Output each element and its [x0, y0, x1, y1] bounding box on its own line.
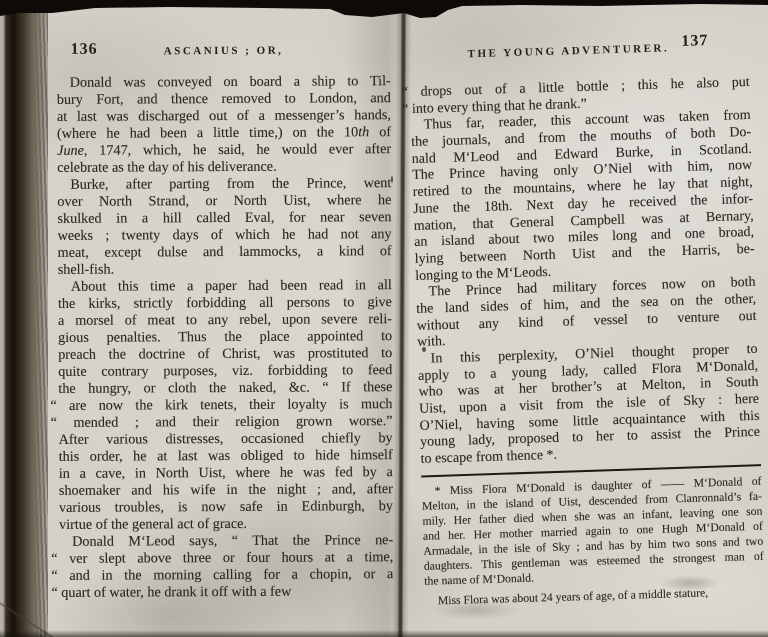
text-line: in a cave, in North Uist, where he was f…: [59, 464, 393, 483]
text-line: “ are now the kirk tenets, their loyalty…: [58, 396, 392, 415]
text-line: various troubles, is now safe in Edinbur…: [59, 498, 393, 517]
right-running-title: THE YOUNG ADVENTURER.: [468, 42, 670, 60]
footnote-body: * Miss Flora M‘Donald is daughter of —— …: [421, 474, 765, 609]
text-line: Burke, after parting from the Prince, we…: [57, 175, 391, 194]
text-line: “ mended ; and their religion grown wors…: [59, 413, 393, 432]
text-line: “ and in the morning calling for a chopi…: [59, 566, 393, 585]
book-scan: 136 ASCANIUS ; OR, Donald was conveyed o…: [0, 0, 768, 637]
text-line: gious penalties. Thus the place appointe…: [58, 328, 392, 347]
text-line: preach the doctrine of Christ, was prost…: [58, 345, 392, 364]
ink-speck: [391, 176, 393, 183]
text-line: About this time a paper had been read in…: [58, 277, 392, 296]
text-line: skulked in a hill called Eval, for near …: [57, 209, 391, 228]
plain-text: of: [369, 124, 391, 140]
text-line: the kirks, strictly forbidding all perso…: [58, 294, 392, 313]
text-line: the hungry, or cloth the naked, &c. “ If…: [58, 379, 392, 398]
text-line: celebrate as the day of his deliverance.: [57, 158, 391, 177]
text-line: shell-fish.: [58, 260, 392, 279]
page-left: 136 ASCANIUS ; OR, Donald was conveyed o…: [57, 35, 394, 602]
text-line: at last was discharged out of a messenge…: [57, 107, 391, 126]
text-line: June, 1747, which, he said, he would eve…: [57, 141, 391, 160]
text-line: bury Fort, and thence removed to London,…: [57, 90, 391, 109]
italic-text: th: [358, 124, 369, 140]
ink-speck: [422, 347, 426, 352]
text-line: (where he had been a little time,) on th…: [57, 124, 391, 143]
text-line: a morsel of meat to any rebel, upon seve…: [58, 311, 392, 330]
italic-text: June: [57, 143, 84, 159]
text-line: quite contrary purposes, viz. forbidding…: [58, 362, 392, 381]
text-line: weeks ; twenty days of which he had not …: [58, 226, 392, 245]
text-line: virtue of the general act of grace.: [59, 515, 393, 534]
text-line: this order, he at last was obliged to hi…: [59, 447, 393, 466]
text-line: over North Strand, or North Uist, where …: [57, 192, 391, 211]
plain-text: (where he had been a little time,) on th…: [57, 124, 358, 142]
text-line: “ quart of water, he drank it off with a…: [59, 583, 393, 602]
book-edge-left: [0, 0, 48, 637]
left-page-header: 136 ASCANIUS ; OR,: [57, 39, 391, 63]
book-edge-bottom: [0, 630, 768, 637]
page-right: THE YOUNG ADVENTURER. 137 “ drops out of…: [408, 25, 765, 609]
left-running-title: ASCANIUS ; OR,: [164, 45, 284, 58]
left-page-body: Donald was conveyed on board a ship to T…: [57, 73, 394, 602]
right-page-number: 137: [681, 32, 709, 51]
page-fold-mark: [0, 602, 59, 637]
text-line: Donald M‘Leod says, “ That the Prince ne…: [59, 532, 393, 551]
book-edge-top: [0, 0, 768, 20]
text-line: shoemaker and his wife in the night ; an…: [59, 481, 393, 500]
text-line: After various distresses, occasioned chi…: [59, 430, 393, 449]
text-line: meat, except dulse and lammocks, a kind …: [58, 243, 392, 262]
right-page-header: THE YOUNG ADVENTURER. 137: [408, 35, 749, 67]
text-line: Donald was conveyed on board a ship to T…: [57, 73, 391, 92]
plain-text: , 1747, which, he said, he would ever af…: [84, 141, 391, 159]
right-page-body: “ drops out of a little bottle ; this he…: [410, 75, 761, 469]
text-line: “ ver slept above three or four hours at…: [59, 549, 393, 568]
text-line: Miss Flora was about 24 years of age, of…: [425, 584, 765, 609]
left-page-number: 136: [71, 41, 98, 59]
